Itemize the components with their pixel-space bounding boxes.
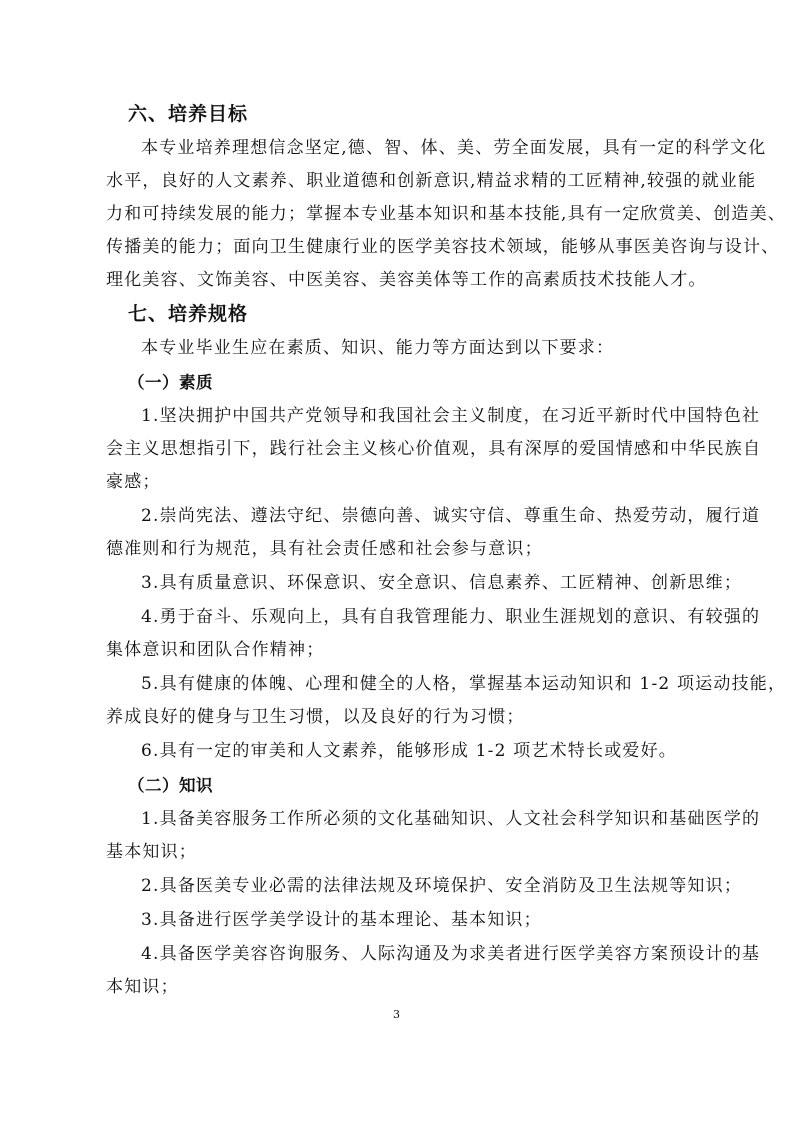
- section-heading-training-goals: 六、培养目标: [106, 98, 690, 131]
- list-item-line: 3.具有质量意识、环保意识、安全意识、信息素养、工匠精神、创新思维；: [106, 567, 690, 600]
- list-item-line: 基本知识；: [106, 836, 690, 869]
- list-item-line: 集体意识和团队合作精神；: [106, 634, 690, 667]
- list-item-line: 4.具备医学美容咨询服务、人际沟通及为求美者进行医学美容方案预设计的基: [106, 938, 690, 971]
- list-item-line: 豪感；: [106, 466, 690, 499]
- intro-text: 本专业毕业生应在素质、知识、能力等方面达到以下要求：: [106, 332, 690, 365]
- list-item-line: 本知识；: [106, 971, 690, 1004]
- list-item-line: 2.崇尚宪法、遵法守纪、崇德向善、诚实守信、尊重生命、热爱劳动，履行道: [106, 500, 690, 533]
- document-page: 六、培养目标 本专业培养理想信念坚定,德、智、体、美、劳全面发展，具有一定的科学…: [0, 0, 793, 1122]
- list-item-line: 2.具备医美专业必需的法律法规及环境保护、安全消防及卫生法规等知识；: [106, 870, 690, 903]
- paragraph-line: 力和可持续发展的能力；掌握本专业基本知识和基本技能,具有一定欣赏美、创造美、: [106, 198, 690, 231]
- list-item-line: 德准则和行为规范，具有社会责任感和社会参与意识；: [106, 533, 690, 566]
- section-heading-training-specs: 七、培养规格: [106, 298, 690, 331]
- list-item-line: 1.具备美容服务工作所必须的文化基础知识、人文社会科学知识和基础医学的: [106, 803, 690, 836]
- list-item-line: 会主义思想指引下，践行社会主义核心价值观，具有深厚的爱国情感和中华民族自: [106, 433, 690, 466]
- paragraph-line: 本专业培养理想信念坚定,德、智、体、美、劳全面发展，具有一定的科学文化: [106, 132, 690, 165]
- paragraph-line: 理化美容、文饰美容、中医美容、美容美体等工作的高素质技术技能人才。: [106, 264, 690, 297]
- page-number: 3: [0, 1008, 793, 1021]
- list-item-line: 1.坚决拥护中国共产党领导和我国社会主义制度，在习近平新时代中国特色社: [106, 400, 690, 433]
- list-item-line: 养成良好的健身与卫生习惯，以及良好的行为习惯；: [106, 701, 690, 734]
- subsection-heading-knowledge: （二）知识: [106, 769, 690, 802]
- list-item-line: 4.勇于奋斗、乐观向上，具有自我管理能力、职业生涯规划的意识、有较强的: [106, 601, 690, 634]
- list-item-line: 3.具备进行医学美学设计的基本理论、基本知识；: [106, 904, 690, 937]
- paragraph-line: 水平，良好的人文素养、职业道德和创新意识,精益求精的工匠精神,较强的就业能: [106, 165, 690, 198]
- paragraph-line: 传播美的能力；面向卫生健康行业的医学美容技术领域，能够从事医美咨询与设计、: [106, 231, 690, 264]
- list-item-line: 5.具有健康的体魄、心理和健全的人格，掌握基本运动知识和 1-2 项运动技能，: [106, 668, 690, 701]
- subsection-heading-qualities: （一）素质: [106, 366, 690, 399]
- list-item-line: 6.具有一定的审美和人文素养，能够形成 1-2 项艺术特长或爱好。: [106, 735, 690, 768]
